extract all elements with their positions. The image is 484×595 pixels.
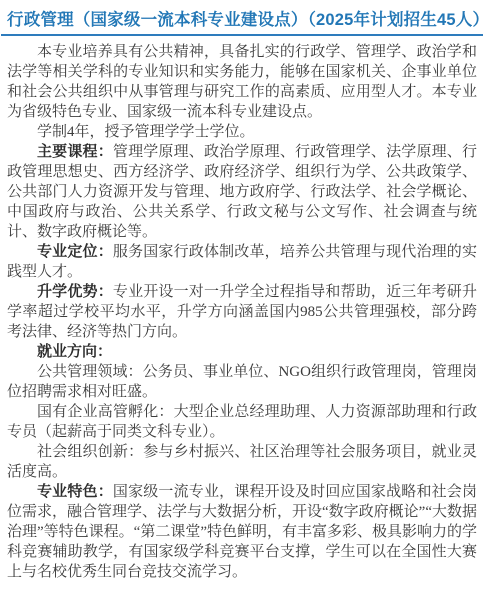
paragraph-label: 主要课程： [37, 143, 113, 160]
employment-heading: 就业方向： [7, 342, 477, 362]
paragraph-text: 国有企业高管孵化：大型企业总经理助理、人力资源部助理和行政专员（起薪高于同类文科… [7, 404, 477, 440]
paragraph-text: 社会组织创新：参与乡村振兴、社区治理等社会服务项目，就业灵活度高。 [7, 444, 477, 480]
paragraph-text: 本专业培养具有公共精神，具备扎实的行政学、管理学、政治学和法学等相关学科的专业知… [7, 44, 477, 120]
features-paragraph: 专业特色：国家级一流专业，课程开设及时回应国家战略和社会岗位需求，融合管理学、法… [7, 482, 477, 582]
title-underline [1, 34, 483, 36]
paragraph-label: 就业方向： [37, 343, 112, 360]
soe-paragraph: 国有企业高管孵化：大型企业总经理助理、人力资源部助理和行政专员（起薪高于同类文科… [7, 402, 477, 442]
further-study-paragraph: 升学优势：专业开设一对一升学全过程指导和帮助，近三年考研升学率超过学校平均水平，… [7, 282, 477, 342]
intro-paragraph: 本专业培养具有公共精神，具备扎实的行政学、管理学、政治学和法学等相关学科的专业知… [7, 42, 477, 122]
public-sector-paragraph: 公共管理领域：公务员、事业单位、NGO组织行政管理岗，管理岗位招聘需求相对旺盛。 [7, 362, 477, 402]
page-header: 行政管理（国家级一流本科专业建设点）（2025年计划招生45人） [0, 0, 484, 31]
social-org-paragraph: 社会组织创新：参与乡村振兴、社区治理等社会服务项目，就业灵活度高。 [7, 442, 477, 482]
paragraph-label: 专业特色： [37, 483, 113, 500]
paragraph-label: 专业定位： [37, 243, 113, 260]
paragraph-label: 升学优势： [37, 283, 113, 300]
duration-paragraph: 学制4年，授予管理学学士学位。 [7, 122, 477, 142]
page-content: 本专业培养具有公共精神，具备扎实的行政学、管理学、政治学和法学等相关学科的专业知… [7, 42, 477, 582]
positioning-paragraph: 专业定位：服务国家行政体制改革，培养公共管理与现代治理的实践型人才。 [7, 242, 477, 282]
courses-paragraph: 主要课程：管理学原理、政治学原理、行政管理学、法学原理、行政管理思想史、西方经济… [7, 142, 477, 242]
program-description-page: 行政管理（国家级一流本科专业建设点）（2025年计划招生45人） 本专业培养具有… [0, 0, 484, 595]
paragraph-text: 学制4年，授予管理学学士学位。 [37, 124, 255, 140]
page-title: 行政管理（国家级一流本科专业建设点）（2025年计划招生45人） [7, 10, 477, 31]
paragraph-text: 公共管理领域：公务员、事业单位、NGO组织行政管理岗，管理岗位招聘需求相对旺盛。 [7, 364, 477, 400]
